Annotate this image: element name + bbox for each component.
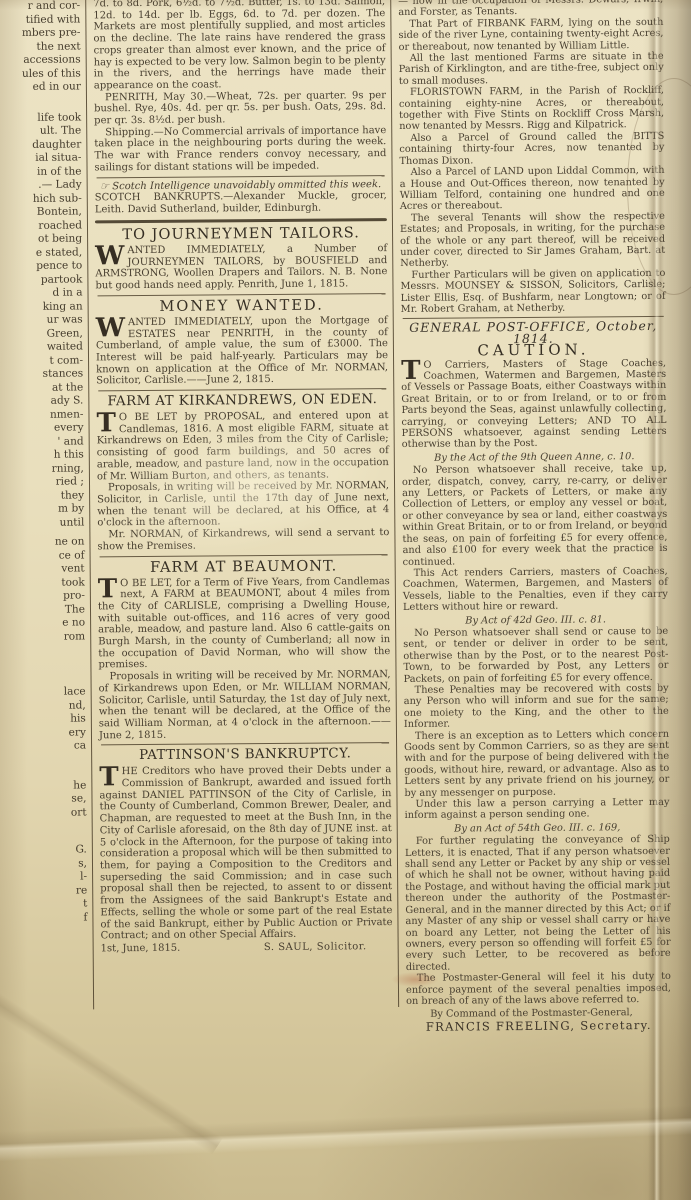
newspaper-page: r and cor- tified with mbers pre- the ne… bbox=[0, 0, 691, 1200]
money-wanted-ad: MONEY WANTED. WANTED IMMEDIATELY, upon t… bbox=[96, 297, 389, 392]
estates-sale-section: — now in the occupation of Messrs. Dewar… bbox=[398, 0, 666, 319]
kirkandrews-para1-text: O BE LET by PROPOSAL, and entered upon a… bbox=[97, 410, 389, 482]
pattinson-bankruptcy-notice: PATTINSON'S BANKRUPTCY. THE Creditors wh… bbox=[99, 746, 393, 955]
left-column: 7d. to 8d. Pork, 6½d. to 7½d. Butter, 1s… bbox=[86, 0, 398, 955]
act-geo54-para1: For further regulating the conveyance of… bbox=[405, 834, 671, 973]
beaumont-para2: Proposals in writing will be received by… bbox=[98, 669, 391, 742]
act-anne-para2: This Act renders Carriers, masters of Co… bbox=[403, 566, 668, 614]
drop-cap: T bbox=[401, 359, 424, 381]
estates-top-fragment: — now in the occupation of Messrs. Dewar… bbox=[398, 0, 663, 19]
edge-fragment-block: lace nd, his ery ca bbox=[7, 685, 87, 753]
market-prices-paragraph: 7d. to 8d. Pork, 6½d. to 7½d. Butter, 1s… bbox=[93, 0, 386, 92]
parish-note-paragraph: All the last mentioned Farms are situate… bbox=[399, 51, 664, 87]
act-geo54-heading: By an Act of 54th Geo. III. c. 169, bbox=[405, 822, 670, 835]
pattinson-body-text: HE Creditors who have proved their Debts… bbox=[99, 764, 392, 941]
floristown-farm-paragraph: FLORISTOWN FARM, in the Parish of Rockli… bbox=[399, 85, 664, 133]
print-area: r and cor- tified with mbers pre- the ne… bbox=[0, 0, 675, 1036]
thick-rule bbox=[95, 218, 387, 224]
journeymen-tailors-ad: TO JOURNEYMEN TAILORS. WANTED IMMEDIATEL… bbox=[95, 225, 388, 296]
beaumont-heading: FARM AT BEAUMONT. bbox=[98, 558, 390, 576]
market-report-section: 7d. to 8d. Pork, 6½d. to 7½d. Butter, 1s… bbox=[93, 0, 387, 223]
drop-cap: T bbox=[98, 578, 121, 600]
pattinson-signature: S. SAUL, Solicitor. bbox=[264, 941, 367, 954]
left-edge-column: r and cor- tified with mbers pre- the ne… bbox=[0, 0, 92, 925]
kirkandrews-heading: FARM AT KIRKANDREWS, ON EDEN. bbox=[96, 392, 388, 410]
money-wanted-body-text: ANTED IMMEDIATELY, upon the Mortgage of … bbox=[96, 315, 388, 387]
drop-cap: W bbox=[96, 317, 128, 339]
pattinson-signature-row: 1st, June, 1815. S. SAUL, Solicitor. bbox=[101, 941, 393, 955]
tenants-note-paragraph: The several Tenants will show the respec… bbox=[400, 211, 665, 270]
act-geo42-para3: There is an exception as to Letters whic… bbox=[404, 728, 670, 799]
act-anne-heading: By the Act of the 9th Queen Anne, c. 10. bbox=[402, 451, 667, 464]
horizontal-fold-crease bbox=[0, 1104, 691, 1162]
caution-intro-text: O Carriers, Masters of Stage Coaches, Co… bbox=[401, 357, 666, 450]
post-office-caution-notice: GENERAL POST-OFFICE, October, 1814. CAUT… bbox=[401, 320, 672, 1033]
act-anne-para1: No Person whatsoever shall receive, take… bbox=[402, 463, 668, 568]
tailors-body-text: ANTED IMMEDIATELY, a Number of JOURNEYME… bbox=[95, 243, 387, 291]
edge-fragment-block: G. s, l- re t f bbox=[8, 843, 88, 925]
kirkandrews-farm-ad: FARM AT KIRKANDREWS, ON EDEN. TO BE LET … bbox=[96, 392, 389, 557]
pattinson-body: THE Creditors who have proved their Debt… bbox=[99, 764, 392, 942]
drop-cap: T bbox=[96, 412, 119, 434]
right-column: — now in the occupation of Messrs. Dewar… bbox=[391, 0, 675, 1033]
beaumont-para1: TO BE LET, for a Term of Five Years, fro… bbox=[98, 576, 391, 672]
scotch-bankrupts-paragraph: SCOTCH BANKRUPTS.—Alexander Muckle, groc… bbox=[95, 190, 387, 216]
pattinson-date: 1st, June, 1815. bbox=[101, 943, 181, 955]
drop-cap: T bbox=[99, 767, 122, 789]
beaumont-farm-ad: FARM AT BEAUMONT. TO BE LET, for a Term … bbox=[98, 558, 391, 746]
caution-heading: CAUTION. bbox=[401, 344, 666, 357]
section-rule bbox=[98, 293, 386, 296]
act-geo42-heading: By Act of 42d Geo. III. c. 81. bbox=[403, 613, 668, 626]
penrith-market-paragraph: PENRITH, May 30.—Wheat, 72s. per quarter… bbox=[94, 90, 386, 127]
kirkandrews-para1: TO BE LET by PROPOSAL, and entered upon … bbox=[96, 410, 389, 483]
act-geo42-para1: No Person whatsoever shall send or cause… bbox=[403, 626, 668, 685]
shipping-paragraph: Shipping.—No Commercial arrivals of impo… bbox=[94, 125, 386, 174]
kirkandrews-para2: Proposals, in writing will be received b… bbox=[97, 480, 389, 529]
further-particulars-paragraph: Further Particulars will be given on app… bbox=[400, 268, 665, 316]
section-rule bbox=[101, 742, 389, 745]
section-rule bbox=[100, 554, 388, 557]
edge-fragment-block: r and cor- tified with mbers pre- the ne… bbox=[1, 0, 81, 95]
edge-fragment-block: he se, ort bbox=[7, 779, 86, 820]
beaumont-para1-text: O BE LET, for a Term of Five Years, from… bbox=[98, 576, 390, 671]
section-rule bbox=[98, 388, 386, 391]
firbank-farm-paragraph: That Part of FIRBANK FARM, lying on the … bbox=[398, 17, 663, 53]
liddal-common-paragraph: Also a Parcel of LAND upon Liddal Common… bbox=[400, 165, 665, 213]
money-wanted-body: WANTED IMMEDIATELY, upon the Mortgage of… bbox=[96, 315, 389, 388]
money-wanted-heading: MONEY WANTED. bbox=[96, 297, 388, 315]
caution-intro: TO Carriers, Masters of Stage Coaches, C… bbox=[401, 357, 667, 450]
edge-fragment-block: ne on ce of vent took pro- The e no rom bbox=[5, 535, 85, 644]
section-rule bbox=[97, 175, 385, 178]
freeling-signature: FRANCIS FREELING, Secretary. bbox=[406, 1020, 671, 1033]
edge-fragment-block: life took ult. The daughter ial situa- i… bbox=[2, 111, 84, 530]
kirkandrews-para3: Mr. NORMAN, of Kirkandrews, will send a … bbox=[97, 527, 389, 553]
act-geo42-para4: Under this law a person carrying a Lette… bbox=[404, 797, 669, 822]
act-geo54-para2: The Postmaster-General will feel it his … bbox=[406, 971, 671, 1007]
tailors-heading: TO JOURNEYMEN TAILORS. bbox=[95, 225, 387, 243]
pattinson-heading: PATTINSON'S BANKRUPTCY. bbox=[99, 746, 391, 764]
bitts-paragraph: Also a Parcel of Ground called the BITTS… bbox=[399, 131, 664, 167]
act-geo42-para2: These Penalties may be recovered with co… bbox=[404, 683, 669, 731]
drop-cap: W bbox=[95, 245, 127, 267]
tailors-body: WANTED IMMEDIATELY, a Number of JOURNEYM… bbox=[95, 243, 387, 292]
